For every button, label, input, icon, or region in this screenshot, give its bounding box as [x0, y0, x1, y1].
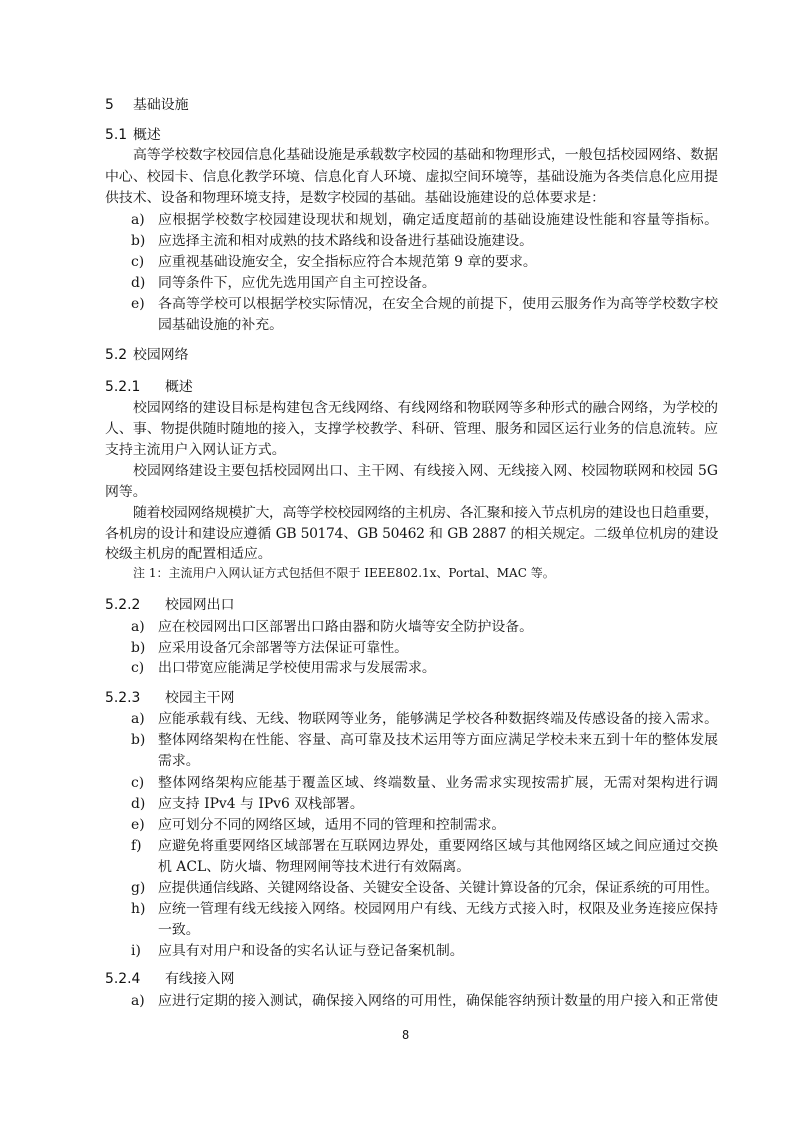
list-item: 应提供通信线路、关键网络设备、关键安全设备、关键计算设备的冗余，保证系统的可用性…	[158, 878, 718, 898]
list-item: 应根据学校数字校园建设现状和规划，确定适度超前的基础设施建设性能和容量等指标。	[158, 210, 718, 230]
paragraph-line: 校级主机房的配置相适应。	[105, 544, 718, 564]
list-item-continuation: 需求。	[158, 751, 718, 771]
section-title-5-2-3: 校园主干网	[165, 688, 234, 708]
list-item: 应进行定期的接入测试，确保接入网络的可用性，确保能容纳预计数量的用户接入和正常使	[158, 991, 718, 1011]
list-label: f)	[131, 836, 155, 856]
section-title-5-2-4: 有线接入网	[165, 969, 234, 989]
chapter-title: 基础设施	[133, 95, 189, 115]
section-number-5-2-4: 5.2.4	[105, 969, 140, 989]
page-number: 8	[402, 1025, 409, 1045]
list-label: e)	[131, 294, 155, 314]
paragraph-line: 中心、校园卡、信息化教学环境、信息化育人环境、虚拟空间环境等，基础设施为各类信息…	[105, 167, 718, 187]
section-number-5-2: 5.2	[105, 345, 127, 365]
note: 注 1：主流用户入网认证方式包括但不限于 IEEE802.1x、Portal、M…	[133, 564, 555, 582]
section-title-5-2: 校园网络	[133, 345, 189, 365]
paragraph-line: 校园网络的建设目标是构建包含无线网络、有线网络和物联网等多种形式的融合网络，为学…	[133, 398, 718, 418]
list-label: b)	[131, 638, 155, 658]
list-item-continuation: 机 ACL、防火墙、物理网闸等技术进行有效隔离。	[158, 857, 718, 877]
list-item: 应支持 IPv4 与 IPv6 双栈部署。	[158, 794, 718, 814]
list-item: 应重视基础设施安全，安全指标应符合本规范第 9 章的要求。	[158, 252, 718, 272]
list-label: a)	[131, 210, 155, 230]
section-number-5-2-3: 5.2.3	[105, 688, 140, 708]
paragraph-line: 供技术、设备和物理环境支持，是数字校园的基础。基础设施建设的总体要求是：	[105, 188, 718, 208]
list-label: i)	[131, 941, 155, 961]
list-item: 应能承载有线、无线、物联网等业务，能够满足学校各种数据终端及传感设备的接入需求。	[158, 709, 718, 729]
list-item: 应具有对用户和设备的实名认证与登记备案机制。	[158, 941, 718, 961]
list-item: 各高等学校可以根据学校实际情况，在安全合规的前提下，使用云服务作为高等学校数字校	[158, 294, 718, 314]
list-item: 应采用设备冗余部署等方法保证可靠性。	[158, 638, 718, 658]
paragraph-line: 高等学校数字校园信息化基础设施是承载数字校园的基础和物理形式，一般包括校园网络、…	[133, 145, 718, 165]
chapter-number: 5	[105, 95, 114, 115]
paragraph-line: 人、事、物提供随时随地的接入，支撑学校教学、科研、管理、服务和园区运行业务的信息…	[105, 419, 718, 439]
list-label: c)	[131, 773, 155, 793]
list-label: h)	[131, 899, 155, 919]
list-label: a)	[131, 709, 155, 729]
list-label: c)	[131, 252, 155, 272]
document-page: 5 基础设施 5.1 概述 高等学校数字校园信息化基础设施是承载数字校园的基础和…	[0, 0, 793, 1122]
paragraph-line: 各机房的设计和建设应遵循 GB 50174、GB 50462 和 GB 2887…	[105, 524, 718, 544]
list-label: g)	[131, 878, 155, 898]
section-title-5-2-2: 校园网出口	[165, 595, 234, 615]
list-item: 出口带宽应能满足学校使用需求与发展需求。	[158, 658, 718, 678]
list-label: c)	[131, 658, 155, 678]
paragraph-line: 随着校园网络规模扩大，高等学校校园网络的主机房、各汇聚和接入节点机房的建设也日趋…	[133, 503, 718, 523]
list-label: e)	[131, 815, 155, 835]
list-item: 应统一管理有线无线接入网络。校园网用户有线、无线方式接入时，权限及业务连接应保持	[158, 899, 718, 919]
list-item-continuation: 一致。	[158, 920, 718, 940]
list-item: 整体网络架构应能基于覆盖区域、终端数量、业务需求实现按需扩展，无需对架构进行调整…	[158, 773, 718, 793]
list-label: d)	[131, 273, 155, 293]
list-item: 同等条件下，应优先选用国产自主可控设备。	[158, 273, 718, 293]
list-item: 应可划分不同的网络区域，适用不同的管理和控制需求。	[158, 815, 718, 835]
paragraph-line: 网等。	[105, 482, 718, 502]
section-number-5-1: 5.1	[105, 125, 127, 145]
list-label: b)	[131, 231, 155, 251]
list-item: 应避免将重要网络区域部署在互联网边界处，重要网络区域与其他网络区域之间应通过交换	[158, 836, 718, 856]
list-item-continuation: 园基础设施的补充。	[158, 315, 718, 335]
section-number-5-2-1: 5.2.1	[105, 377, 140, 397]
paragraph-line: 校园网络建设主要包括校园网出口、主干网、有线接入网、无线接入网、校园物联网和校园…	[133, 461, 718, 481]
list-label: a)	[131, 991, 155, 1011]
section-title-5-1: 概述	[133, 125, 161, 145]
list-item: 应在校园网出口区部署出口路由器和防火墙等安全防护设备。	[158, 617, 718, 637]
list-label: d)	[131, 794, 155, 814]
section-number-5-2-2: 5.2.2	[105, 595, 140, 615]
list-item: 应选择主流和相对成熟的技术路线和设备进行基础设施建设。	[158, 231, 718, 251]
section-title-5-2-1: 概述	[165, 377, 193, 397]
list-item: 整体网络架构在性能、容量、高可靠及技术运用等方面应满足学校未来五到十年的整体发展	[158, 730, 718, 750]
list-label: b)	[131, 730, 155, 750]
list-label: a)	[131, 617, 155, 637]
paragraph-line: 支持主流用户入网认证方式。	[105, 440, 718, 460]
